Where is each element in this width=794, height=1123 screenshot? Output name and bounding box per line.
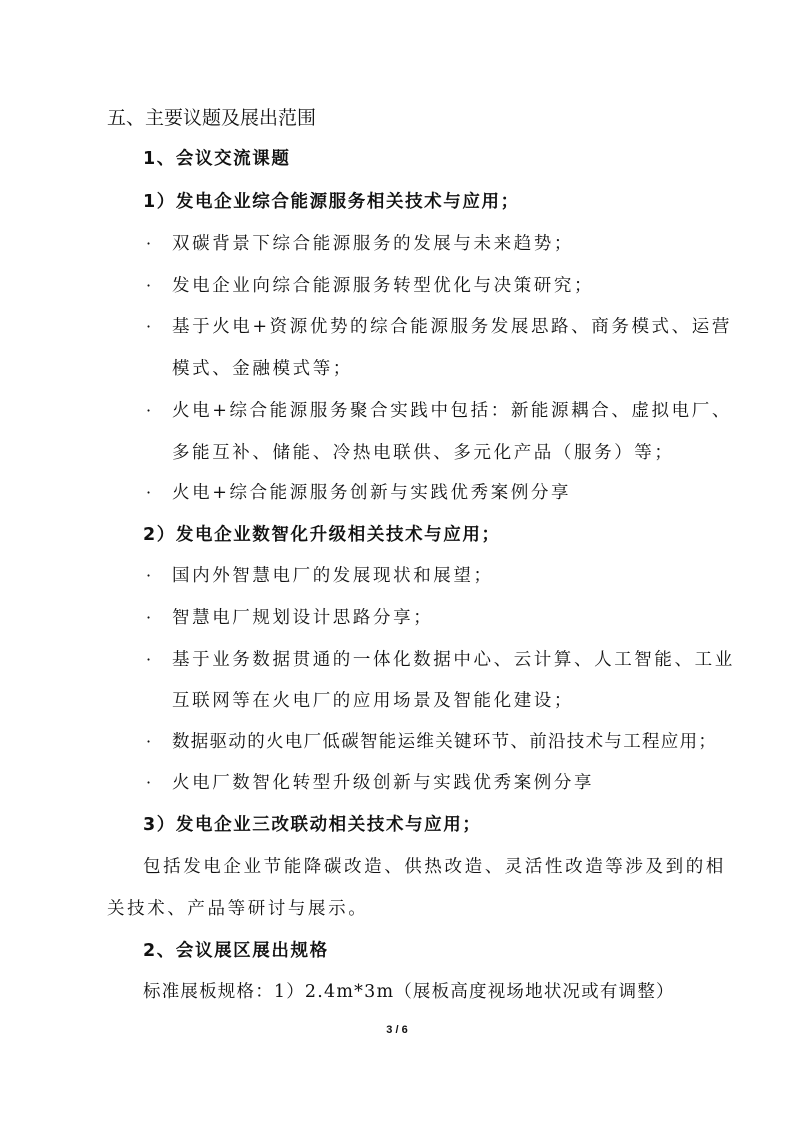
list-item: 基于火电+资源优势的综合能源服务发展思路、商务模式、运营 bbox=[172, 315, 732, 339]
bullet-icon: · bbox=[146, 564, 151, 588]
bullet-icon: · bbox=[146, 730, 151, 754]
bullet-icon: · bbox=[146, 232, 151, 256]
bullet-icon: · bbox=[146, 399, 151, 423]
subsection-title: 2、会议展区展出规格 bbox=[143, 939, 329, 963]
topic-title: 2）发电企业数智化升级相关技术与应用； bbox=[143, 523, 501, 547]
bullet-icon: · bbox=[146, 648, 151, 672]
bullet-icon: · bbox=[146, 481, 151, 505]
list-item-continuation: 模式、金融模式等； bbox=[172, 357, 353, 381]
list-item: 国内外智慧电厂的发展现状和展望； bbox=[172, 564, 494, 588]
list-item-continuation: 互联网等在火电厂的应用场景及智能化建设； bbox=[172, 689, 574, 713]
page-number: 3 / 6 bbox=[0, 1024, 794, 1036]
list-item: 火电+综合能源服务聚合实践中包括：新能源耦合、虚拟电厂、 bbox=[172, 399, 732, 423]
paragraph-line: 标准展板规格：1）2.4m*3m（展板高度视场地状况或有调整） bbox=[143, 980, 675, 1004]
bullet-icon: · bbox=[146, 606, 151, 630]
list-item: 发电企业向综合能源服务转型优化与决策研究； bbox=[172, 274, 594, 298]
paragraph-line: 关技术、产品等研讨与展示。 bbox=[107, 897, 368, 921]
section-heading: 五、主要议题及展出范围 bbox=[107, 106, 316, 130]
bullet-icon: · bbox=[146, 315, 151, 339]
bullet-icon: · bbox=[146, 771, 151, 795]
list-item: 基于业务数据贯通的一体化数据中心、云计算、人工智能、工业 bbox=[172, 648, 735, 672]
subsection-title: 1、会议交流课题 bbox=[143, 147, 290, 171]
bullet-icon: · bbox=[146, 274, 151, 298]
list-item: 数据驱动的火电厂低碳智能运维关键环节、前沿技术与工程应用； bbox=[172, 730, 717, 754]
topic-title: 1）发电企业综合能源服务相关技术与应用； bbox=[143, 190, 520, 214]
paragraph-line: 包括发电企业节能降碳改造、供热改造、灵活性改造等涉及到的相 bbox=[143, 855, 726, 879]
list-item: 智慧电厂规划设计思路分享； bbox=[172, 606, 433, 630]
list-item-continuation: 多能互补、储能、冷热电联供、多元化产品（服务）等； bbox=[172, 441, 675, 465]
list-item: 双碳背景下综合能源服务的发展与未来趋势； bbox=[172, 232, 574, 256]
list-item: 火电+综合能源服务创新与实践优秀案例分享 bbox=[172, 481, 571, 505]
topic-title: 3）发电企业三改联动相关技术与应用； bbox=[143, 813, 481, 837]
list-item: 火电厂数智化转型升级创新与实践优秀案例分享 bbox=[172, 771, 594, 795]
